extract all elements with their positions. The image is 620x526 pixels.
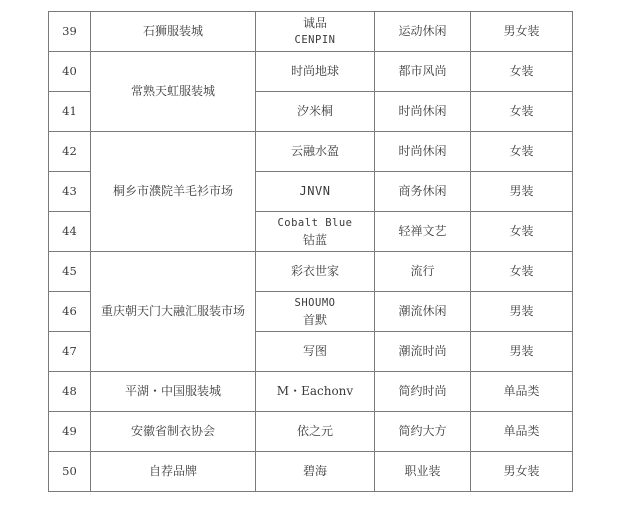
brand-category: 女装: [471, 132, 573, 172]
table-row: 48 平湖・中国服装城 M・Eachonv 简约时尚 单品类: [49, 372, 573, 412]
brand-name: Cobalt Blue 钴蓝: [256, 212, 375, 252]
brand-name-en: SHOUMO: [256, 295, 374, 312]
brand-name: 诚品 CENPIN: [256, 12, 375, 52]
brand-name-cn: 诚品: [256, 15, 374, 32]
market-name: 自荐品牌: [91, 452, 256, 492]
row-number: 49: [49, 412, 91, 452]
table-row: 45 重庆朝天门大融汇服装市场 彩衣世家 流行 女装: [49, 252, 573, 292]
brand-name: 碧海: [256, 452, 375, 492]
row-number: 39: [49, 12, 91, 52]
brand-style: 商务休闲: [375, 172, 471, 212]
row-number: 43: [49, 172, 91, 212]
row-number: 47: [49, 332, 91, 372]
brand-category: 女装: [471, 52, 573, 92]
row-number: 45: [49, 252, 91, 292]
brand-category: 女装: [471, 212, 573, 252]
brand-name-cn: 钴蓝: [256, 232, 374, 249]
brand-name: JNVN: [256, 172, 375, 212]
brand-style: 潮流时尚: [375, 332, 471, 372]
row-number: 50: [49, 452, 91, 492]
brand-category: 单品类: [471, 412, 573, 452]
brand-category: 男女装: [471, 452, 573, 492]
brand-style: 简约大方: [375, 412, 471, 452]
brand-name: SHOUMO 首默: [256, 292, 375, 332]
row-number: 40: [49, 52, 91, 92]
brand-style: 职业装: [375, 452, 471, 492]
brand-name: M・Eachonv: [256, 372, 375, 412]
table-row: 49 安徽省制衣协会 依之元 简约大方 单品类: [49, 412, 573, 452]
brand-name: 云融水盈: [256, 132, 375, 172]
brand-style: 时尚休闲: [375, 132, 471, 172]
table-row: 42 桐乡市濮院羊毛衫市场 云融水盈 时尚休闲 女装: [49, 132, 573, 172]
brand-style: 简约时尚: [375, 372, 471, 412]
brand-category: 女装: [471, 252, 573, 292]
market-name: 重庆朝天门大融汇服装市场: [91, 252, 256, 372]
row-number: 48: [49, 372, 91, 412]
brand-category: 女装: [471, 92, 573, 132]
brand-name-cn: 首默: [256, 312, 374, 329]
brand-name: 写图: [256, 332, 375, 372]
market-name: 石狮服装城: [91, 12, 256, 52]
brand-name: 依之元: [256, 412, 375, 452]
brand-name: 彩衣世家: [256, 252, 375, 292]
market-name: 平湖・中国服装城: [91, 372, 256, 412]
brand-name-en: CENPIN: [256, 32, 374, 49]
table-row: 50 自荐品牌 碧海 职业装 男女装: [49, 452, 573, 492]
brand-style: 时尚休闲: [375, 92, 471, 132]
brand-style: 都市风尚: [375, 52, 471, 92]
brand-style: 流行: [375, 252, 471, 292]
brand-category: 男装: [471, 332, 573, 372]
brand-style: 轻禅文艺: [375, 212, 471, 252]
brand-name: 时尚地球: [256, 52, 375, 92]
row-number: 41: [49, 92, 91, 132]
table-row: 40 常熟天虹服装城 时尚地球 都市风尚 女装: [49, 52, 573, 92]
brand-name: 汐米桐: [256, 92, 375, 132]
brand-category: 男装: [471, 172, 573, 212]
brand-style: 运动休闲: [375, 12, 471, 52]
row-number: 44: [49, 212, 91, 252]
brand-list-table: 39 石狮服装城 诚品 CENPIN 运动休闲 男女装 40 常熟天虹服装城 时…: [48, 11, 573, 492]
brand-style: 潮流休闲: [375, 292, 471, 332]
brand-category: 男装: [471, 292, 573, 332]
row-number: 46: [49, 292, 91, 332]
market-name: 桐乡市濮院羊毛衫市场: [91, 132, 256, 252]
brand-category: 男女装: [471, 12, 573, 52]
market-name: 安徽省制衣协会: [91, 412, 256, 452]
table-row: 39 石狮服装城 诚品 CENPIN 运动休闲 男女装: [49, 12, 573, 52]
market-name: 常熟天虹服装城: [91, 52, 256, 132]
row-number: 42: [49, 132, 91, 172]
brand-name-en: Cobalt Blue: [256, 215, 374, 232]
brand-category: 单品类: [471, 372, 573, 412]
